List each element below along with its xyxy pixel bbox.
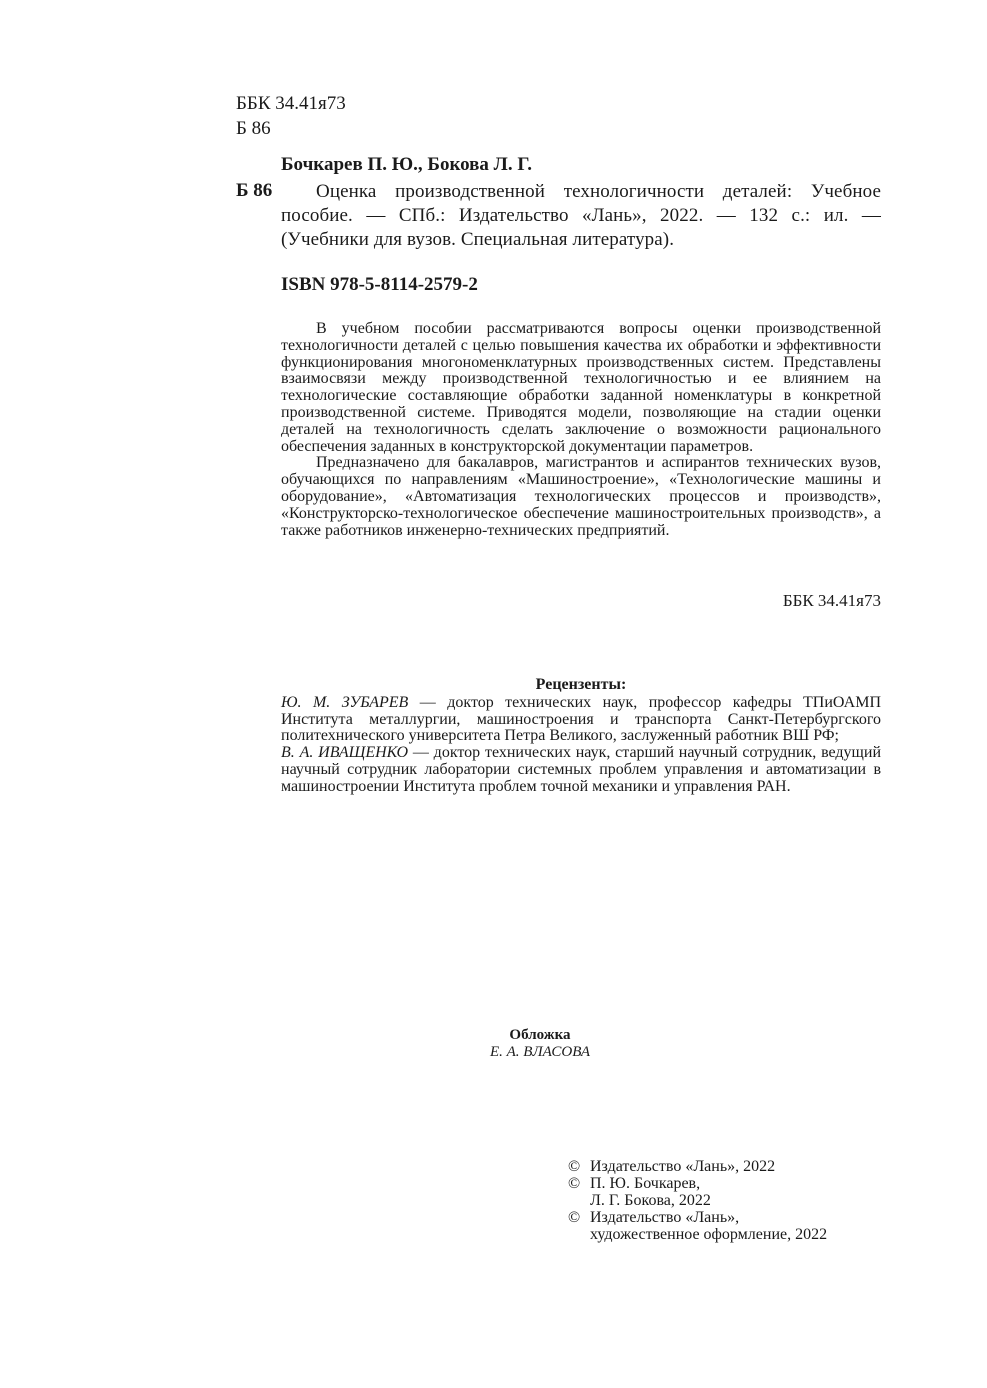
bbk-code-bottom: ББК 34.41я73 [281, 591, 881, 611]
reviewer-entry: В. А. ИВАЩЕНКО — доктор технических наук… [281, 745, 881, 795]
author-mark-code: Б 86 [236, 180, 272, 202]
copyright-line: Л. Г. Бокова, 2022 [568, 1192, 827, 1209]
copyright-block: ©Издательство «Лань», 2022 ©П. Ю. Бочкар… [568, 1158, 827, 1243]
bbk-code: ББК 34.41я73 [236, 91, 346, 116]
copyright-line: художественное оформление, 2022 [568, 1226, 827, 1243]
copyright-line: ©Издательство «Лань», [568, 1209, 827, 1226]
copyright-icon: © [568, 1158, 590, 1175]
reviewer-name: Ю. М. ЗУБАРЕВ [281, 694, 408, 711]
reviewer-name: В. А. ИВАЩЕНКО [281, 744, 408, 761]
abstract-paragraph: Предназначено для бакалавров, магистрант… [281, 455, 881, 539]
copyright-icon: © [568, 1209, 590, 1226]
abstract: В учебном пособии рассматриваются вопрос… [281, 321, 881, 539]
copyright-line: ©Издательство «Лань», 2022 [568, 1158, 827, 1175]
bibliographic-description: Оценка производственной технологичности … [281, 180, 881, 252]
cover-designer: Е. А. ВЛАСОВА [460, 1044, 620, 1061]
author-mark: Б 86 [236, 116, 346, 141]
reviewer-entry: Ю. М. ЗУБАРЕВ — доктор технических наук,… [281, 695, 881, 745]
abstract-paragraph: В учебном пособии рассматриваются вопрос… [281, 321, 881, 455]
cover-credit: Обложка Е. А. ВЛАСОВА [460, 1027, 620, 1061]
reviewers-title: Рецензенты: [281, 677, 881, 694]
isbn: ISBN 978-5-8114-2579-2 [281, 274, 478, 296]
cover-title: Обложка [460, 1027, 620, 1044]
reviewers: Рецензенты: Ю. М. ЗУБАРЕВ — доктор техни… [281, 677, 881, 796]
bbk-block: ББК 34.41я73 Б 86 [236, 91, 346, 141]
copyright-icon: © [568, 1175, 590, 1192]
copyright-line: ©П. Ю. Бочкарев, [568, 1175, 827, 1192]
authors: Бочкарев П. Ю., Бокова Л. Г. [281, 154, 532, 176]
